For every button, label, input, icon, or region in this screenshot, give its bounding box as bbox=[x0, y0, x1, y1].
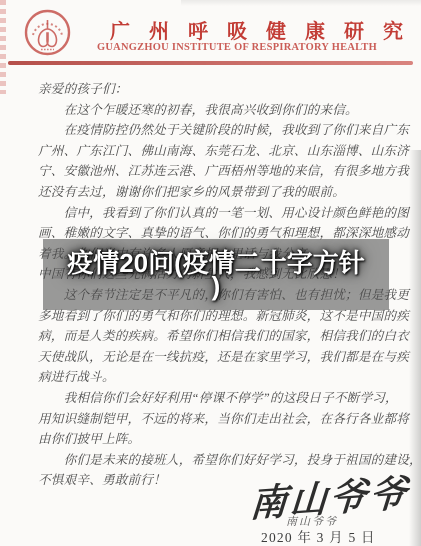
letterhead-divider bbox=[8, 61, 413, 65]
left-edge-ornament bbox=[0, 0, 6, 94]
lungs-seal-icon bbox=[24, 9, 71, 56]
letter-line: 病，而是人类的疾病。希望你们相信我们的国家，相信我们的白衣 bbox=[38, 326, 408, 347]
letter-line: 由你们披甲上阵。 bbox=[38, 429, 408, 450]
org-name-chinese: 广 州 呼 吸 健 康 研 究 院 bbox=[110, 15, 410, 44]
letter-line: 在这个乍暖还寒的初春，我很高兴收到你们的来信。 bbox=[38, 100, 408, 121]
institute-seal-logo bbox=[24, 9, 71, 56]
letter-line: 还没有去过，谢谢你们把家乡的风景带到了我的眼前。 bbox=[38, 182, 408, 203]
org-name-english: GUANGZHOU INSTITUTE OF RESPIRATORY HEALT… bbox=[97, 42, 407, 53]
letter-date: 2020 年 3 月 5 日 bbox=[261, 526, 376, 546]
letter-line: 病进行战斗。 bbox=[38, 367, 408, 388]
letter-line: 在疫情防控仍然处于关键阶段的时候，我收到了你们来自广东 bbox=[38, 120, 408, 141]
photo-edge-shadow-right bbox=[409, 150, 421, 546]
caption-line-2: ) bbox=[212, 272, 221, 300]
letter-line: 天使战队，无论是在一线抗疫，还是在家里学习，我们都是在与疾 bbox=[38, 347, 408, 368]
letter-line: 宁、安徽池州、江苏连云港、广西梧州等地的来信，有很多地方我 bbox=[38, 161, 408, 182]
caption-overlay: 疫情20问(疫情二十字方针 ) bbox=[43, 239, 389, 310]
letter-line: 用知识缝制铠甲，不远的将来，当你们走出社会，在各行各业都将 bbox=[38, 409, 408, 430]
letter-line: 广州、广东江门、佛山南海、东莞石龙、北京、山东淄博、山东济 bbox=[38, 141, 408, 162]
letter-photo: { "letterhead": { "logo": "respiratory-i… bbox=[0, 0, 421, 546]
photo-edge-shadow-top bbox=[181, 0, 421, 6]
letter-line: 我相信你们会好好利用“停课不停学”的这段日子不断学习， bbox=[38, 388, 408, 409]
letter-line: 信中，我看到了你们认真的一笔一划、用心设计颜色鲜艳的图 bbox=[38, 203, 408, 224]
letter-line: 亲爱的孩子们： bbox=[38, 79, 408, 100]
